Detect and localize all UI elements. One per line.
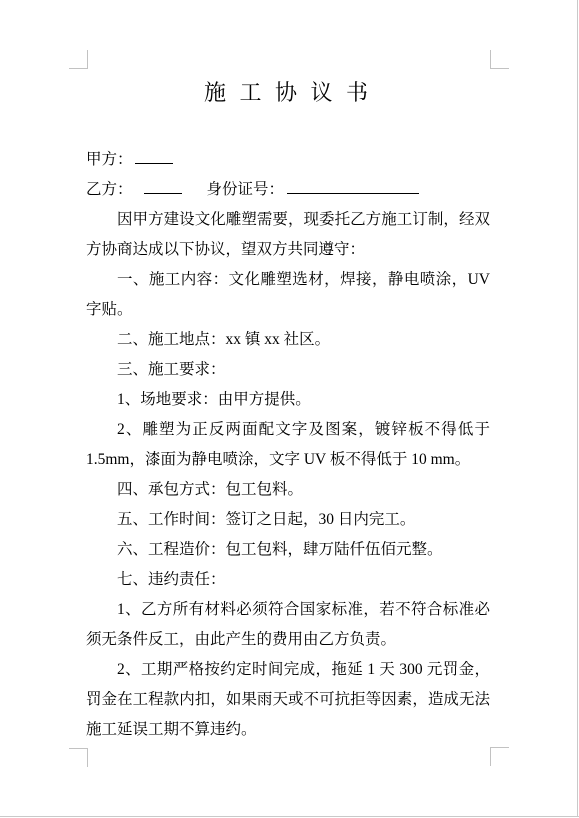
body-line: 罚金在工程款内扣，如果雨天或不可抗拒等因素，造成无法 bbox=[86, 685, 490, 715]
party-a-blank[interactable] bbox=[135, 148, 173, 164]
body-line: 2、工期严格按约定时间完成，拖延 1 天 300 元罚金， bbox=[86, 655, 490, 685]
body-lines: 因甲方建设文化雕塑需要，现委托乙方施工订制，经双方协商达成以下协议，望双方共同遵… bbox=[86, 205, 490, 745]
page-edge-bottom bbox=[0, 816, 579, 817]
body-line: 六、工程造价：包工包料，肆万陆仟伍佰元整。 bbox=[86, 535, 490, 565]
party-b-line: 乙方：身份证号： bbox=[86, 175, 490, 205]
body-line: 三、施工要求： bbox=[86, 355, 490, 385]
margin-mark-top-left bbox=[69, 50, 88, 69]
party-b-blank[interactable] bbox=[144, 178, 182, 194]
document-page[interactable]: 施 工 协 议 书 甲方： 乙方：身份证号： 因甲方建设文化雕塑需要，现委托乙方… bbox=[0, 0, 579, 818]
party-a-label: 甲方： bbox=[86, 151, 133, 168]
margin-mark-top-right bbox=[490, 50, 509, 69]
body-line: 1、场地要求：由甲方提供。 bbox=[86, 385, 490, 415]
body-line: 一、施工内容：文化雕塑选材，焊接，静电喷涂，UV bbox=[86, 265, 490, 295]
body-line: 1.5mm，漆面为静电喷涂，文字 UV 板不得低于 10 mm。 bbox=[86, 445, 490, 475]
page-edge-right bbox=[577, 0, 578, 817]
body-line: 四、承包方式：包工包料。 bbox=[86, 475, 490, 505]
document-content: 施 工 协 议 书 甲方： 乙方：身份证号： 因甲方建设文化雕塑需要，现委托乙方… bbox=[86, 68, 490, 745]
body-line: 须无条件反工，由此产生的费用由乙方负责。 bbox=[86, 625, 490, 655]
body-line: 五、工作时间：签订之日起，30 日内完工。 bbox=[86, 505, 490, 535]
id-number-label: 身份证号： bbox=[207, 181, 285, 198]
margin-mark-bottom-right bbox=[490, 747, 509, 766]
body-line: 字贴。 bbox=[86, 295, 490, 325]
margin-mark-bottom-left bbox=[69, 748, 88, 767]
party-a-line: 甲方： bbox=[86, 145, 490, 175]
body-line: 2、雕塑为正反两面配文字及图案，镀锌板不得低于 bbox=[86, 415, 490, 445]
document-title: 施 工 协 议 书 bbox=[86, 68, 490, 118]
body-line: 施工延误工期不算违约。 bbox=[86, 715, 490, 745]
body-line: 二、施工地点：xx 镇 xx 社区。 bbox=[86, 325, 490, 355]
body-line: 七、违约责任： bbox=[86, 565, 490, 595]
body-line: 因甲方建设文化雕塑需要，现委托乙方施工订制，经双 bbox=[86, 205, 490, 235]
body-line: 1、乙方所有材料必须符合国家标准，若不符合标准必 bbox=[86, 595, 490, 625]
party-b-label: 乙方： bbox=[86, 181, 133, 198]
id-number-blank[interactable] bbox=[287, 178, 419, 194]
body-line: 方协商达成以下协议，望双方共同遵守： bbox=[86, 235, 490, 265]
